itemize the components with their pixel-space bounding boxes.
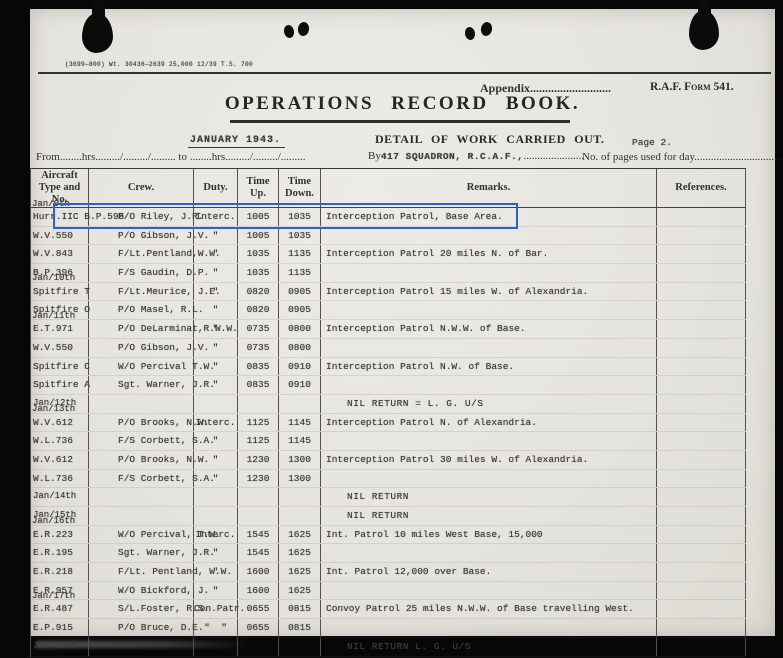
- flight-row: E.R.195Sgt. Warner, J.R."15451625: [31, 544, 746, 563]
- flight-row: Jan/13thW.V.612P/O Brooks, N.W.Interc.11…: [31, 414, 746, 433]
- references-cell: [657, 264, 746, 282]
- raf-form-number: R.A.F. Form 541.: [650, 81, 734, 93]
- aircraft-cell: Spitfire T: [31, 283, 89, 301]
- time-down-cell: 1300: [279, 470, 321, 488]
- references-cell: [657, 582, 746, 600]
- by-dots: ......................: [523, 150, 584, 162]
- time-up-cell: 1600: [238, 582, 279, 600]
- time-up-cell: [238, 395, 279, 413]
- crew-cell: [89, 395, 194, 413]
- duty-cell: ": [194, 358, 238, 376]
- remarks-cell: Interception Patrol 20 miles N. of Bar.: [321, 245, 657, 263]
- flight-row: E.R.957W/O Bickford, J."16001625: [31, 582, 746, 601]
- time-up-cell: 1600: [238, 563, 279, 581]
- column-header: References.: [657, 169, 746, 207]
- duty-cell: ": [194, 376, 238, 394]
- remarks-cell: [321, 582, 657, 600]
- duty-cell: ": [194, 544, 238, 562]
- duty-cell: Con.Patr.: [194, 600, 238, 618]
- crew-cell: F/S Corbett, S.A.: [89, 432, 194, 450]
- time-down-cell: 0905: [279, 301, 321, 319]
- flight-row: Spitfire OP/O Masel, R.L."08200905: [31, 301, 746, 320]
- remarks-cell: [321, 432, 657, 450]
- remarks-cell: [321, 264, 657, 282]
- crew-cell: F/Lt.Meurice, J.E.: [89, 283, 194, 301]
- crew-cell: P/O Masel, R.L.: [89, 301, 194, 319]
- time-down-cell: 1135: [279, 264, 321, 282]
- duty-cell: ": [194, 451, 238, 469]
- references-cell: [657, 526, 746, 544]
- references-cell: [657, 432, 746, 450]
- time-up-cell: 0835: [238, 358, 279, 376]
- flight-row: W.V.550P/O Gibson, J.V."07350800: [31, 339, 746, 358]
- date-label: Jan/16th: [32, 517, 75, 526]
- flight-row: E.P.915P/O Bruce, D.E." "06550815: [31, 619, 746, 638]
- crew-cell: P/O Gibson, J.V.: [89, 339, 194, 357]
- time-up-cell: [238, 488, 279, 506]
- flight-row: Jan/11thE.T.971P/O DeLarminat,R.W.W."073…: [31, 320, 746, 339]
- references-cell: [657, 376, 746, 394]
- references-cell: [657, 470, 746, 488]
- time-down-cell: 0910: [279, 376, 321, 394]
- duty-cell: [194, 395, 238, 413]
- time-down-cell: 1035: [279, 227, 321, 245]
- by-squadron-line: By417 SQUADRON, R.C.A.F.,...............…: [368, 150, 584, 162]
- time-up-cell: 1035: [238, 264, 279, 282]
- highlight-box: [53, 203, 518, 229]
- flight-row: Jan/17thE.R.487S/L.Foster, R.S.Con.Patr.…: [31, 600, 746, 619]
- aircraft-cell: E.T.971: [31, 320, 89, 338]
- flight-row: W.L.736F/S Corbett, S.A."12301300: [31, 470, 746, 489]
- flight-row: E.R.218F/Lt. Pentland, W.W."16001625Int.…: [31, 563, 746, 582]
- duty-cell: [194, 507, 238, 525]
- time-down-cell: 1625: [279, 544, 321, 562]
- references-cell: [657, 488, 746, 506]
- table-header-row: Aircraft Type and No.Crew.Duty.Time Up.T…: [31, 168, 746, 208]
- nil-return-row: Jan/15thNIL RETURN: [31, 507, 746, 526]
- time-up-cell: 1545: [238, 526, 279, 544]
- duty-cell: ": [194, 582, 238, 600]
- pages-used-line: No. of pages used for day...............…: [582, 151, 780, 163]
- page-number: Page 2.: [632, 137, 672, 148]
- crew-cell: P/O DeLarminat,R.W.W.: [89, 320, 194, 338]
- crew-cell: F/S Gaudin, D.P.: [89, 264, 194, 282]
- month-label: JANUARY 1943.: [188, 135, 285, 148]
- aircraft-cell: W.V.550: [31, 227, 89, 245]
- remarks-cell: Interception Patrol 15 miles W. of Alexa…: [321, 283, 657, 301]
- time-up-cell: 0655: [238, 600, 279, 618]
- page-title: OPERATIONS RECORD BOOK.: [30, 93, 775, 115]
- date-label: Jan/10th: [32, 274, 75, 283]
- table-body: Jan/9thHurr.IIC B.P.595P/O Riley, J.R.In…: [31, 208, 746, 657]
- references-cell: [657, 451, 746, 469]
- time-down-cell: 1145: [279, 414, 321, 432]
- operations-table: Aircraft Type and No.Crew.Duty.Time Up.T…: [30, 168, 746, 657]
- crew-cell: S/L.Foster, R.S.: [89, 600, 194, 618]
- aircraft-cell: W.V.843: [31, 245, 89, 263]
- aircraft-cell: E.R.487: [31, 600, 89, 618]
- time-down-cell: 0800: [279, 320, 321, 338]
- flight-row: W.V.843F/Lt.Pentland,W.W."10351135Interc…: [31, 245, 746, 264]
- aircraft-cell: E.R.218: [31, 563, 89, 581]
- column-header: Time Down.: [279, 169, 321, 207]
- remarks-cell: Interception Patrol N. of Alexandria.: [321, 414, 657, 432]
- time-down-cell: 0800: [279, 339, 321, 357]
- flight-row: Spitfire CW/O Percival T.W."08350910Inte…: [31, 358, 746, 377]
- crew-cell: P/O Gibson, J.V.: [89, 227, 194, 245]
- column-header: Remarks.: [321, 169, 657, 207]
- aircraft-cell: E.P.915: [31, 619, 89, 637]
- time-up-cell: 0835: [238, 376, 279, 394]
- flight-row: W.L.736F/S Corbett, S.A."11251145: [31, 432, 746, 451]
- duty-cell: [194, 638, 238, 656]
- references-cell: [657, 283, 746, 301]
- aircraft-cell: E.R.223: [31, 526, 89, 544]
- references-cell: [657, 563, 746, 581]
- remarks-cell: NIL RETURN = L. G. U/S: [321, 395, 657, 413]
- aircraft-cell: Spitfire C: [31, 358, 89, 376]
- flight-row: Jan/16thE.R.223W/O Percival, T.W.Interc.…: [31, 526, 746, 545]
- duty-cell: ": [194, 283, 238, 301]
- references-cell: [657, 619, 746, 637]
- time-down-cell: 1625: [279, 582, 321, 600]
- time-down-cell: [279, 488, 321, 506]
- crew-cell: [89, 507, 194, 525]
- crew-cell: P/O Brooks, N.W.: [89, 414, 194, 432]
- print-reference: (3699—800) Wt. 30436—2639 25,000 12/39 T…: [65, 61, 253, 68]
- aircraft-cell: Jan/19th: [31, 638, 89, 656]
- duty-cell: " ": [194, 619, 238, 637]
- remarks-cell: Interception Patrol N.W. of Base.: [321, 358, 657, 376]
- references-cell: [657, 301, 746, 319]
- duty-cell: ": [194, 301, 238, 319]
- flight-row: W.V.612P/O Brooks, N.W."12301300Intercep…: [31, 451, 746, 470]
- time-up-cell: 1125: [238, 414, 279, 432]
- duty-cell: ": [194, 264, 238, 282]
- remarks-cell: NIL RETURN: [321, 488, 657, 506]
- form-paper: (3699—800) Wt. 30436—2639 25,000 12/39 T…: [30, 9, 775, 636]
- from-to-line: From........hrs........./........./.....…: [36, 151, 306, 163]
- time-up-cell: 1230: [238, 470, 279, 488]
- duty-cell: Interc.: [194, 414, 238, 432]
- references-cell: [657, 544, 746, 562]
- crew-cell: F/Lt.Pentland,W.W.: [89, 245, 194, 263]
- duty-cell: ": [194, 227, 238, 245]
- crew-cell: W/O Bickford, J.: [89, 582, 194, 600]
- aircraft-cell: W.V.612: [31, 414, 89, 432]
- date-label: Jan/13th: [32, 405, 75, 414]
- crew-cell: F/S Corbett, S.A.: [89, 470, 194, 488]
- references-cell: [657, 638, 746, 656]
- remarks-cell: Int. Patrol 10 miles West Base, 15,000: [321, 526, 657, 544]
- time-down-cell: [279, 395, 321, 413]
- flight-row: B.P.396F/S Gaudin, D.P."10351135: [31, 264, 746, 283]
- by-label: By: [368, 150, 381, 162]
- aircraft-cell: Spitfire A: [31, 376, 89, 394]
- nil-return-row: Jan/14thNIL RETURN: [31, 488, 746, 507]
- time-down-cell: 1300: [279, 451, 321, 469]
- remarks-cell: Convoy Patrol 25 miles N.W.W. of Base tr…: [321, 600, 657, 618]
- remarks-cell: [321, 376, 657, 394]
- date-label: Jan/11th: [32, 312, 75, 321]
- references-cell: [657, 208, 746, 226]
- title-underline: [230, 120, 570, 123]
- references-cell: [657, 339, 746, 357]
- duty-cell: Interc.: [194, 526, 238, 544]
- remarks-cell: Interception Patrol N.W.W. of Base.: [321, 320, 657, 338]
- crew-cell: [89, 638, 194, 656]
- time-up-cell: 1545: [238, 544, 279, 562]
- crew-cell: [89, 488, 194, 506]
- remarks-cell: Interception Patrol 30 miles W. of Alexa…: [321, 451, 657, 469]
- remarks-cell: Int. Patrol 12,000 over Base.: [321, 563, 657, 581]
- time-up-cell: 1005: [238, 227, 279, 245]
- remarks-cell: NIL RETURN: [321, 507, 657, 525]
- references-cell: [657, 358, 746, 376]
- crew-cell: W/O Percival, T.W.: [89, 526, 194, 544]
- time-down-cell: 1625: [279, 563, 321, 581]
- time-up-cell: [238, 638, 279, 656]
- remarks-cell: [321, 619, 657, 637]
- time-down-cell: 0905: [279, 283, 321, 301]
- time-up-cell: [238, 507, 279, 525]
- duty-cell: ": [194, 320, 238, 338]
- time-up-cell: 0735: [238, 339, 279, 357]
- flight-row: Jan/10thSpitfire TF/Lt.Meurice, J.E."082…: [31, 283, 746, 302]
- time-down-cell: 0815: [279, 600, 321, 618]
- crew-cell: Sgt. Warner, J.R.: [89, 544, 194, 562]
- aircraft-cell: Jan/14th: [31, 488, 89, 506]
- remarks-cell: [321, 339, 657, 357]
- duty-cell: [194, 488, 238, 506]
- duty-cell: ": [194, 245, 238, 263]
- time-up-cell: 0735: [238, 320, 279, 338]
- time-down-cell: 1145: [279, 432, 321, 450]
- column-header: Time Up.: [238, 169, 279, 207]
- references-cell: [657, 600, 746, 618]
- flight-row: Spitfire ASgt. Warner, J.R."08350910: [31, 376, 746, 395]
- date-label: Jan/17th: [32, 592, 75, 601]
- time-up-cell: 1035: [238, 245, 279, 263]
- time-down-cell: 1625: [279, 526, 321, 544]
- aircraft-cell: W.L.736: [31, 432, 89, 450]
- remarks-cell: NIL RETURN L. G. U/S: [321, 638, 657, 656]
- references-cell: [657, 245, 746, 263]
- squadron-name: 417 SQUADRON, R.C.A.F.,: [381, 151, 524, 162]
- time-down-cell: [279, 638, 321, 656]
- crew-cell: P/O Brooks, N.W.: [89, 451, 194, 469]
- crew-cell: W/O Percival T.W.: [89, 358, 194, 376]
- duty-cell: ": [194, 470, 238, 488]
- aircraft-cell: W.V.550: [31, 339, 89, 357]
- time-up-cell: 1125: [238, 432, 279, 450]
- remarks-cell: [321, 227, 657, 245]
- remarks-cell: [321, 470, 657, 488]
- duty-cell: ": [194, 339, 238, 357]
- aircraft-cell: W.L.736: [31, 470, 89, 488]
- references-cell: [657, 414, 746, 432]
- form-subtitle: DETAIL OF WORK CARRIED OUT.: [375, 132, 604, 147]
- aircraft-cell: E.R.195: [31, 544, 89, 562]
- time-up-cell: 0820: [238, 301, 279, 319]
- duty-cell: ": [194, 563, 238, 581]
- aircraft-cell: W.V.612: [31, 451, 89, 469]
- duty-cell: ": [194, 432, 238, 450]
- time-up-cell: 0655: [238, 619, 279, 637]
- references-cell: [657, 227, 746, 245]
- remarks-cell: [321, 544, 657, 562]
- crew-cell: Sgt. Warner, J.R.: [89, 376, 194, 394]
- time-down-cell: 0815: [279, 619, 321, 637]
- references-cell: [657, 395, 746, 413]
- remarks-cell: [321, 301, 657, 319]
- time-down-cell: 1135: [279, 245, 321, 263]
- time-down-cell: 0910: [279, 358, 321, 376]
- time-down-cell: [279, 507, 321, 525]
- references-cell: [657, 507, 746, 525]
- top-rule: [38, 72, 771, 74]
- time-up-cell: 0820: [238, 283, 279, 301]
- scanned-document-page: { "colors": { "highlight": "#2b62cc", "p…: [0, 0, 783, 658]
- column-header: Duty.: [194, 169, 238, 207]
- crew-cell: P/O Bruce, D.E.: [89, 619, 194, 637]
- nil-return-row: Jan/19thNIL RETURN L. G. U/S: [31, 638, 746, 657]
- column-header: Crew.: [89, 169, 194, 207]
- nil-return-row: Jan/12thNIL RETURN = L. G. U/S: [31, 395, 746, 414]
- time-up-cell: 1230: [238, 451, 279, 469]
- flight-row: W.V.550P/O Gibson, J.V."10051035: [31, 227, 746, 246]
- references-cell: [657, 320, 746, 338]
- crew-cell: F/Lt. Pentland, W.W.: [89, 563, 194, 581]
